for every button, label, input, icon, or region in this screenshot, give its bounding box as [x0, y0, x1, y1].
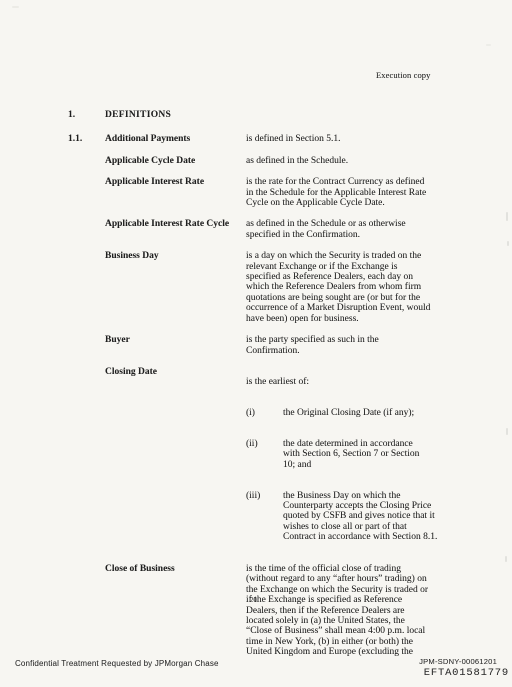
definition-text: is the time of the official close of tra… — [246, 564, 465, 658]
definition-term: Business Day — [105, 251, 246, 324]
page-number: 20 — [250, 597, 257, 604]
item-text: the Original Closing Date (if any); — [283, 408, 465, 418]
definition-text-group: is the earliest of: (i) the Original Clo… — [246, 367, 465, 553]
definition-term: Applicable Cycle Date — [105, 156, 246, 166]
execution-copy-note: Execution copy — [376, 70, 431, 80]
definitions-section: 1. DEFINITIONS 1.1. Additional Payments … — [68, 110, 465, 669]
gutter — [68, 251, 105, 324]
definition-text: is a day on which the Security is traded… — [246, 251, 465, 324]
definition-row-applicable-interest-rate-cycle: Applicable Interest Rate Cycle as define… — [68, 219, 465, 240]
closing-date-item-iii: (iii) the Business Day on which the Coun… — [246, 491, 465, 543]
definition-term: Closing Date — [105, 367, 246, 553]
closing-date-item-ii: (ii) the date determined in accordance w… — [246, 439, 465, 470]
item-marker: (ii) — [246, 439, 283, 470]
scan-artifact — [506, 428, 508, 435]
definition-intro: is the earliest of: — [246, 377, 465, 387]
definition-row-business-day: Business Day is a day on which the Secur… — [68, 251, 465, 324]
closing-date-item-i: (i) the Original Closing Date (if any); — [246, 408, 465, 418]
definition-row-additional-payments: 1.1. Additional Payments is defined in S… — [68, 134, 465, 144]
gutter — [68, 156, 105, 166]
scan-artifact — [486, 44, 491, 46]
item-marker: (i) — [246, 408, 283, 418]
scan-artifact — [507, 241, 509, 246]
definition-row-applicable-cycle-date: Applicable Cycle Date as defined in the … — [68, 156, 465, 166]
definition-text: as defined in the Schedule or as otherwi… — [246, 219, 465, 240]
scan-artifact — [505, 556, 507, 562]
section-title: DEFINITIONS — [105, 110, 465, 120]
definition-term: Close of Business — [105, 564, 246, 658]
section-number: 1. — [68, 110, 105, 120]
item-marker: (iii) — [246, 491, 283, 543]
subsection-number: 1.1. — [68, 134, 105, 144]
definition-text: as defined in the Schedule. — [246, 156, 465, 166]
definition-term: Applicable Interest Rate — [105, 177, 246, 208]
item-text: the date determined in accordance with S… — [283, 439, 465, 470]
gutter — [68, 564, 105, 658]
definition-term: Additional Payments — [105, 134, 246, 144]
definition-row-applicable-interest-rate: Applicable Interest Rate is the rate for… — [68, 177, 465, 208]
gutter — [68, 177, 105, 208]
bates-number-jpm: JPM-SDNY-00061201 — [419, 657, 497, 666]
definition-text: is the rate for the Contract Currency as… — [246, 177, 465, 208]
definition-text: is defined in Section 5.1. — [246, 134, 465, 144]
bates-number-efta: EFTA01581779 — [424, 667, 509, 679]
item-text: the Business Day on which the Counterpar… — [283, 491, 465, 543]
confidential-treatment-note: Confidential Treatment Requested by JPMo… — [15, 659, 219, 668]
definition-term: Applicable Interest Rate Cycle — [105, 219, 246, 240]
document-page: Execution copy 1. DEFINITIONS 1.1. Addit… — [0, 0, 512, 687]
definition-term: Buyer — [105, 335, 246, 356]
definition-row-closing-date: Closing Date is the earliest of: (i) the… — [68, 367, 465, 553]
section-heading: 1. DEFINITIONS — [68, 110, 465, 120]
gutter — [68, 335, 105, 356]
definition-text: is the party specified as such in the Co… — [246, 335, 465, 356]
scan-artifact — [12, 6, 19, 8]
scan-artifact — [506, 212, 508, 221]
gutter — [68, 367, 105, 553]
definition-row-close-of-business: Close of Business is the time of the off… — [68, 564, 465, 658]
gutter — [68, 219, 105, 240]
definition-row-buyer: Buyer is the party specified as such in … — [68, 335, 465, 356]
